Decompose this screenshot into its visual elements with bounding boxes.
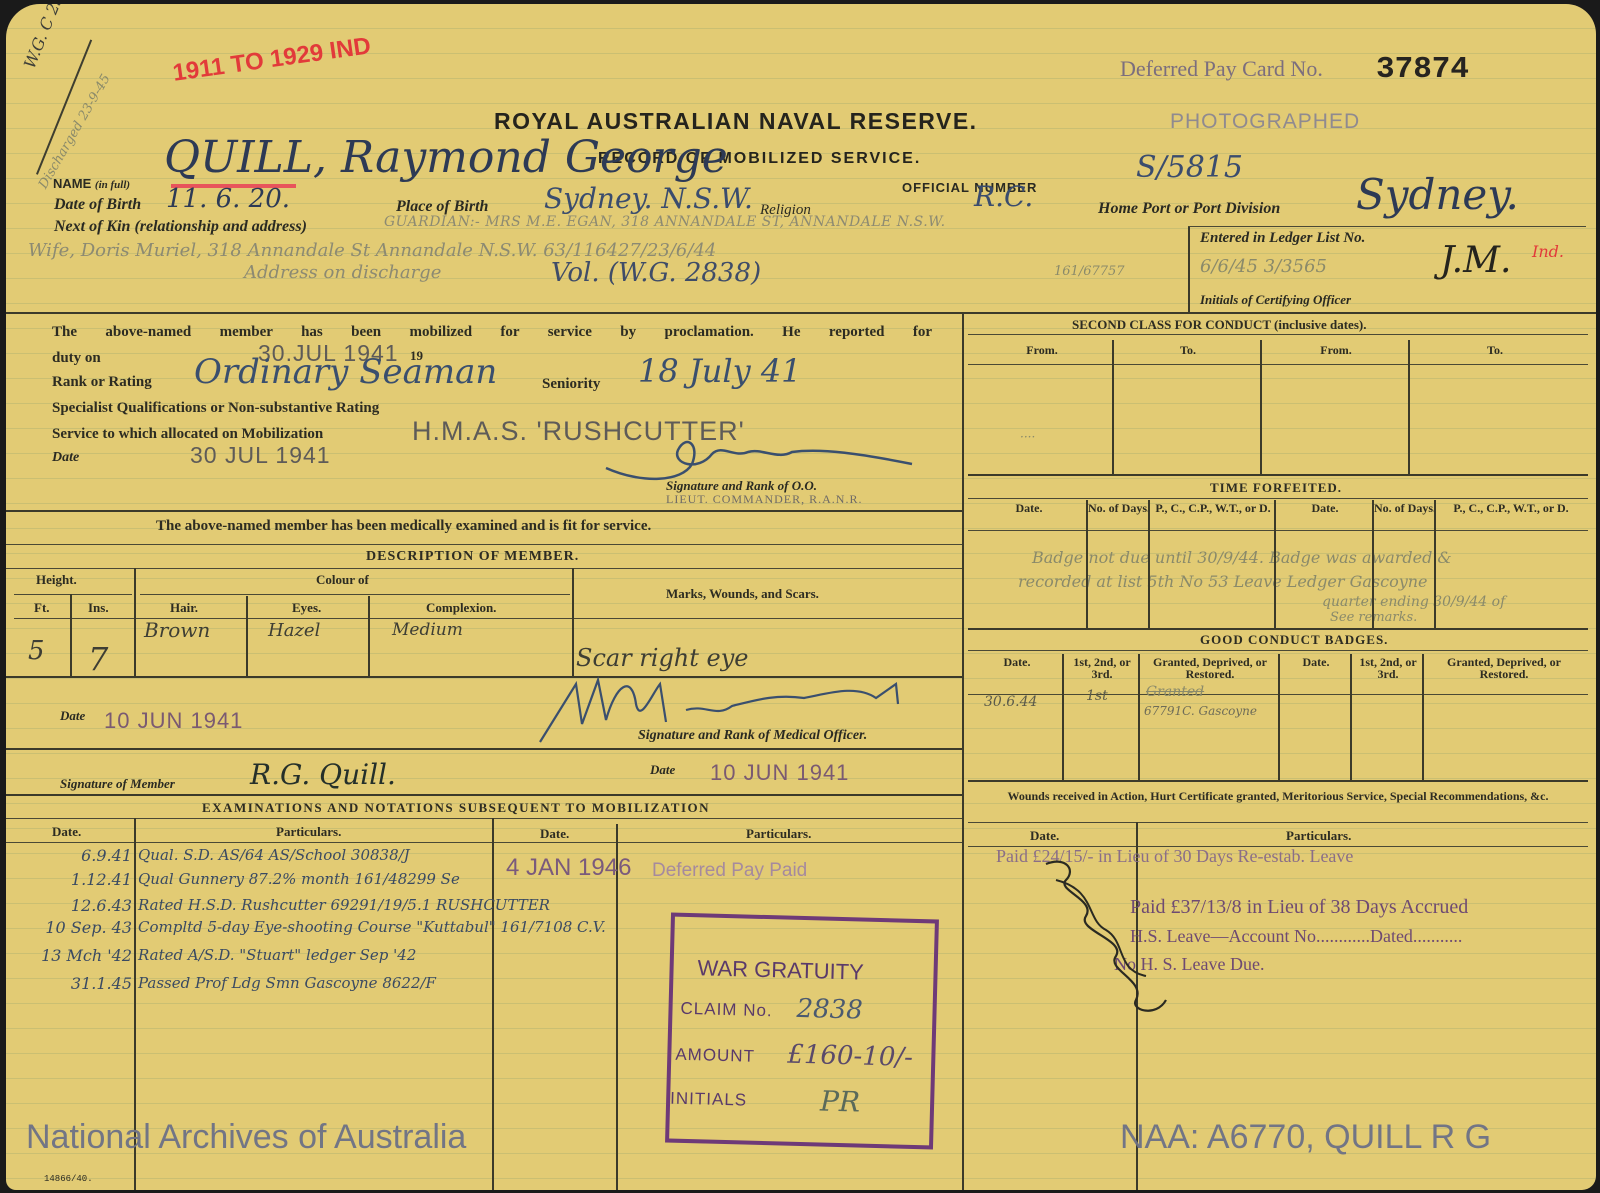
nok-label: Next of Kin (relationship and address): [54, 218, 307, 236]
hair-value: Brown: [144, 618, 210, 642]
rank-label: Rank or Rating: [52, 374, 152, 391]
good-conduct-status: Granted: [1146, 684, 1204, 700]
time-forfeited-title-line: [968, 498, 1588, 499]
time-forfeited-header-divider: [1274, 500, 1276, 628]
good-conduct-header: Date.: [1280, 656, 1352, 668]
home-port-value: Sydney.: [1356, 170, 1519, 219]
exam-right-date: 4 JAN 1946: [506, 854, 631, 882]
time-forfeited-title: TIME FORFEITED.: [1210, 480, 1342, 496]
height-header: Height.: [36, 572, 77, 588]
exam-row-particulars: Compltd 5-day Eye-shooting Course "Kutta…: [138, 918, 606, 936]
good-conduct-header-divider: [1350, 654, 1352, 780]
amount-value: £160-10/-: [787, 1040, 913, 1073]
wounds-title-line: [968, 822, 1588, 823]
ledger-entered-label: Entered in Ledger List No.: [1200, 230, 1365, 247]
time-forfeited-header-line: [968, 530, 1588, 531]
second-class-header-divider: [1112, 340, 1114, 474]
nok-reference-2: 161/67757: [1054, 264, 1125, 279]
red-year-stamp: 1911 TO 1929 IND: [171, 32, 373, 88]
good-conduct-header: Granted, Deprived, or Restored.: [1424, 656, 1584, 680]
deferred-pay-number: 37874: [1376, 52, 1469, 87]
good-conduct-header: Date.: [970, 656, 1064, 668]
exam-row-particulars: Rated A/S.D. "Stuart" ledger Sep '42: [138, 946, 416, 964]
official-number-value: S/5815: [1136, 150, 1243, 185]
complexion-header: Complexion.: [426, 600, 496, 616]
initials-label: INITIALS: [670, 1089, 747, 1111]
card-title: ROYAL AUSTRALIAN NAVAL RESERVE.: [494, 108, 978, 135]
good-conduct-title-line: [968, 650, 1588, 651]
good-conduct-bottom: [968, 780, 1588, 782]
top-section-divider: [6, 312, 1596, 314]
exam-row-date: 12.6.43: [28, 896, 132, 915]
exam-row-particulars: Passed Prof Ldg Smn Gascoyne 8622/F: [138, 974, 436, 992]
second-class-mark: ····: [1020, 430, 1035, 444]
desc-col-4: [368, 596, 370, 676]
time-forfeited-note-1: Badge not due until 30/9/44. Badge was a…: [1032, 548, 1452, 567]
second-class-header: From.: [1262, 344, 1410, 356]
name-label: NAME (in full): [53, 176, 130, 191]
exam-header-date: Date.: [52, 824, 81, 840]
service-allocated-label: Service to which allocated on Mobilizati…: [52, 426, 323, 443]
paymaster-signature-icon: [1036, 850, 1196, 1020]
second-class-bottom: [968, 474, 1588, 476]
examinations-title: EXAMINATIONS AND NOTATIONS SUBSEQUENT TO…: [202, 800, 710, 816]
member-signature: R.G. Quill.: [250, 758, 396, 791]
nok-line3: Address on discharge: [244, 262, 441, 283]
height-ins-value: 7: [88, 640, 108, 678]
seniority-value: 18 July 41: [638, 352, 802, 390]
mobilization-date-label: Date: [52, 450, 79, 466]
member-date-value: 10 JUN 1941: [710, 760, 849, 786]
exam-header-date-2: Date.: [540, 826, 569, 842]
exam-row-date: 1.12.41: [28, 870, 132, 889]
ledger-box-top: [1188, 226, 1586, 227]
second-class-header: To.: [1114, 344, 1262, 356]
rank-value: Ordinary Seaman: [194, 352, 497, 392]
desc-col-5: [572, 568, 574, 676]
main-column-divider: [962, 312, 964, 1190]
good-conduct-header-divider: [1062, 654, 1064, 780]
exam-row-date: 31.1.45: [28, 974, 132, 993]
time-forfeited-header-divider: [1086, 500, 1088, 628]
claim-label: CLAIM No.: [680, 999, 773, 1021]
second-class-header-divider: [1408, 340, 1410, 474]
time-forfeited-header: Date.: [1276, 502, 1374, 514]
member-date-label: Date: [650, 762, 675, 778]
good-conduct-title: GOOD CONDUCT BADGES.: [1200, 632, 1388, 648]
medical-date-label: Date: [60, 708, 85, 724]
pob-value: Sydney. N.S.W.: [544, 182, 753, 215]
medical-date-value: 10 JUN 1941: [104, 708, 243, 734]
wounds-title: Wounds received in Action, Hurt Certific…: [978, 790, 1578, 803]
exam-col-2: [492, 818, 494, 1190]
complexion-value: Medium: [392, 620, 463, 640]
religion-value: R.C.: [974, 180, 1033, 213]
service-record-card: W.G. C 23.9.46 Discharged 23-9-45 1911 T…: [6, 4, 1596, 1190]
watermark-left: National Archives of Australia: [26, 1118, 466, 1157]
wounds-header-date: Date.: [1030, 828, 1059, 844]
hair-header: Hair.: [170, 600, 198, 616]
home-port-label: Home Port or Port Division: [1098, 200, 1280, 218]
time-forfeited-note-3: quarter ending 30/9/44 of: [1322, 594, 1505, 610]
good-conduct-ref: 67791C. Gascoyne: [1144, 704, 1257, 718]
second-class-header: To.: [1410, 344, 1580, 356]
second-class-title-line: [968, 334, 1588, 335]
exam-row-particulars: Rated H.S.D. Rushcutter 69291/19/5.1 RUS…: [138, 896, 550, 914]
time-forfeited-header: P., C., C.P., W.T., or D.: [1150, 502, 1276, 514]
time-forfeited-header: No. of Days.: [1374, 502, 1436, 514]
watermark-right: NAA: A6770, QUILL R G: [1120, 1118, 1491, 1157]
time-forfeited-bottom: [968, 628, 1588, 630]
exam-header-line: [6, 842, 962, 843]
dob-label: Date of Birth: [54, 196, 141, 214]
ledger-entered-value: 6/6/45 3/3565: [1200, 256, 1327, 277]
exam-header-particulars: Particulars.: [276, 824, 341, 840]
medical-divider: [6, 544, 962, 545]
good-conduct-header: 1st, 2nd, or 3rd.: [1064, 656, 1140, 680]
colour-header: Colour of: [316, 572, 369, 588]
colour-subline: [140, 594, 570, 595]
seniority-label: Seniority: [542, 376, 600, 393]
co-rank-stamp: LIEUT. COMMANDER, R.A.N.R.: [666, 492, 862, 507]
desc-col-3: [246, 596, 248, 676]
mobilization-statement: The above-named member has been mobilize…: [52, 324, 932, 341]
height-ft-value: 5: [28, 636, 45, 666]
mobilization-divider: [6, 510, 962, 512]
second-class-header-line: [968, 364, 1588, 365]
deferred-pay-label: Deferred Pay Card No.: [1120, 56, 1323, 82]
mo-signature-label: Signature and Rank of Medical Officer.: [638, 728, 867, 744]
amount-label: AMOUNT: [675, 1045, 755, 1067]
height-subline: [14, 594, 132, 595]
good-conduct-header: Granted, Deprived, or Restored.: [1140, 656, 1280, 680]
initials-value: PR: [820, 1085, 861, 1119]
name-value: QUILL, Raymond George: [164, 132, 728, 183]
mobilization-date-value: 30 JUL 1941: [190, 442, 331, 469]
eyes-header: Eyes.: [292, 600, 321, 616]
second-class-title: SECOND CLASS FOR CONDUCT (inclusive date…: [1072, 317, 1366, 333]
war-gratuity-title: WAR GRATUITY: [697, 955, 864, 985]
wounds-header-particulars: Particulars.: [1286, 828, 1351, 844]
second-class-header-divider: [1260, 340, 1262, 474]
medical-signature-divider: [6, 748, 962, 750]
time-forfeited-header: Date.: [970, 502, 1088, 514]
war-gratuity-stamp: WAR GRATUITY CLAIM No. 2838 AMOUNT £160-…: [665, 913, 939, 1150]
photographed-stamp: PHOTOGRAPHED: [1170, 110, 1360, 134]
certifying-initials: J.M.: [1440, 240, 1511, 281]
form-number: 14866/40.: [44, 1174, 93, 1184]
exam-row-particulars: Qual Gunnery 87.2% month 161/48299 Se: [138, 870, 460, 888]
duty-on-label: duty on: [52, 350, 101, 367]
desc-col-1: [70, 594, 72, 676]
time-forfeited-header: P., C., C.P., W.T., or D.: [1436, 502, 1586, 514]
exam-row-particulars: Qual. S.D. AS/64 AS/School 30838/J: [138, 846, 410, 864]
exam-row-date: 10 Sep. 43: [28, 918, 132, 937]
time-forfeited-note-2: recorded at list 5th No 53 Leave Ledger …: [1018, 572, 1428, 591]
time-forfeited-note-4: See remarks.: [1330, 610, 1417, 625]
exam-header-particulars-2: Particulars.: [746, 826, 811, 842]
examinations-title-line: [6, 818, 962, 819]
good-conduct-header: 1st, 2nd, or 3rd.: [1352, 656, 1424, 680]
dob-value: 11. 6. 20.: [166, 184, 290, 214]
good-conduct-grade: 1st: [1086, 688, 1108, 704]
ledger-box-left: [1188, 226, 1190, 314]
exam-right-text: Deferred Pay Paid: [652, 860, 807, 882]
claim-value: 2838: [796, 994, 863, 1026]
good-conduct-header-divider: [1278, 654, 1280, 780]
good-conduct-header-divider: [1422, 654, 1424, 780]
specialist-label: Specialist Qualifications or Non-substan…: [52, 400, 379, 417]
corner-note: W.G. C 23.9.46: [20, 4, 86, 71]
exam-row-date: 13 Mch '42: [28, 946, 132, 965]
time-forfeited-header: No. of Days.: [1088, 502, 1150, 514]
corner-pencil-note: Discharged 23-9-45: [36, 45, 129, 191]
time-forfeited-header-divider: [1372, 500, 1374, 628]
description-title: DESCRIPTION OF MEMBER.: [366, 549, 579, 565]
description-title-line: [6, 568, 962, 569]
member-signature-divider: [6, 794, 962, 796]
ledger-red-mark: Ind.: [1532, 242, 1564, 261]
marks-header: Marks, Wounds, and Scars.: [666, 586, 819, 602]
second-class-header: From.: [970, 344, 1114, 356]
eyes-value: Hazel: [268, 620, 320, 641]
nok-reference: Vol. (W.G. 2838): [551, 258, 761, 288]
good-conduct-header-divider: [1138, 654, 1140, 780]
ft-header: Ft.: [34, 600, 50, 616]
time-forfeited-header-divider: [1148, 500, 1150, 628]
ins-header: Ins.: [88, 600, 109, 616]
medical-statement: The above-named member has been medicall…: [156, 518, 651, 535]
desc-col-2: [134, 568, 136, 676]
exam-row-date: 6.9.41: [28, 846, 132, 865]
good-conduct-date: 30.6.44: [984, 694, 1037, 710]
time-forfeited-header-divider: [1434, 500, 1436, 628]
certifying-officer-label: Initials of Certifying Officer: [1200, 292, 1351, 308]
member-signature-label: Signature of Member: [60, 776, 175, 792]
nok-line1: GUARDIAN:- MRS M.E. EGAN, 318 ANNANDALE …: [384, 214, 946, 230]
